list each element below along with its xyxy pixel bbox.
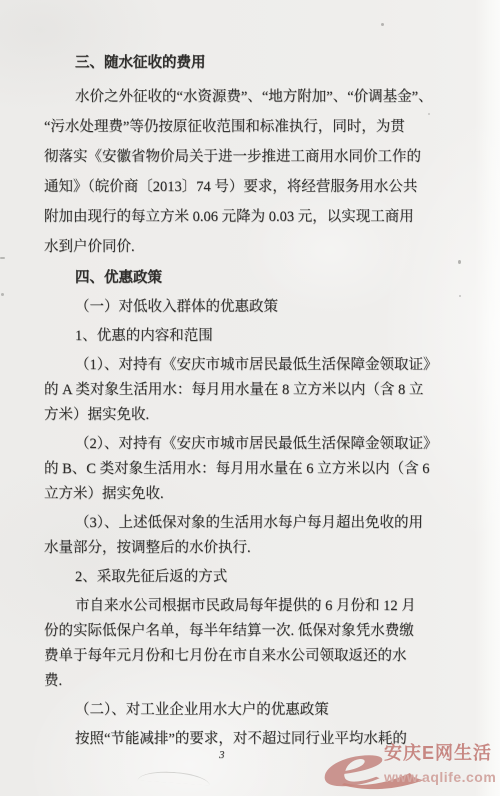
- watermark-site-url: www.aqlife.com: [383, 769, 496, 785]
- subsection-heading: 1、优惠的内容和范围: [44, 324, 456, 349]
- scanned-document-page: 三、随水征收的费用 水价之外征收的“水资源费”、“地方附加”、“价调基金”、 “…: [0, 0, 500, 796]
- doc-line: 水到户价同价.: [44, 232, 456, 262]
- document-body: 三、随水征收的费用 水价之外征收的“水资源费”、“地方附加”、“价调基金”、 “…: [44, 48, 456, 756]
- doc-line: 彻落实《安徽省物价局关于进一步推进工商用水同价工作的: [44, 142, 456, 172]
- watermark-site-name: 安庆E网生活: [384, 742, 492, 763]
- scan-speck: [1, 293, 4, 296]
- doc-line: （2）、对持有《安庆市城市居民最低生活保障金领取证》: [44, 432, 456, 457]
- section-heading: 三、随水征收的费用: [44, 55, 206, 71]
- doc-line: 通知》（皖价商〔2013〕74 号）要求，将经营服务用水公共: [44, 172, 456, 202]
- doc-line: 方米）据实免收.: [44, 403, 456, 428]
- doc-line: 附加由现行的每立方米 0.06 元降为 0.03 元，以实现工商用: [44, 202, 456, 232]
- doc-line: （3）、上述低保对象的生活用水每户每月超出免收的用: [44, 511, 456, 536]
- section-heading: 四、优惠政策: [44, 266, 456, 291]
- page-number: 3: [219, 749, 225, 761]
- doc-line: 的 B、C 类对象生活用水：每月用水量在 6 立方米以内（含 6: [44, 457, 456, 482]
- scan-scratch: [138, 770, 211, 786]
- aqlife-watermark: e 安庆E网生活 www.aqlife.com: [322, 735, 498, 793]
- doc-line: “污水处理费”等仍按原征收范围和标准执行，同时，为贯: [44, 112, 456, 142]
- scan-speck: [381, 23, 384, 26]
- scan-speck: [458, 260, 461, 264]
- doc-line: 市自来水公司根据市民政局每年提供的 6 月份和 12 月: [44, 594, 456, 619]
- doc-line: 水量部分，按调整后的水价执行.: [44, 536, 456, 561]
- doc-line: （1）、对持有《安庆市城市居民最低生活保障金领取证》: [44, 353, 456, 378]
- doc-line: 费单于每年元月份和七月份在市自来水公司领取返还的水: [44, 644, 456, 669]
- subsection-heading: （二）、对工业企业用水大户的优惠政策: [44, 698, 456, 723]
- subsection-heading: 2、采取先征后返的方式: [44, 565, 456, 590]
- doc-line: 份的实际低保户名单，每半年结算一次. 低保对象凭水费缴: [44, 619, 456, 644]
- scan-speck: [428, 113, 430, 115]
- doc-line: 立方米）据实免收.: [44, 482, 456, 507]
- doc-line: 的 A 类对象生活用水：每月用水量在 8 立方米以内（含 8 立: [44, 378, 456, 403]
- subsection-heading: （一）对低收入群体的优惠政策: [44, 295, 456, 320]
- scan-speck: [459, 295, 461, 297]
- doc-line: 水价之外征收的“水资源费”、“地方附加”、“价调基金”、: [44, 82, 456, 112]
- doc-line: 费.: [44, 669, 456, 694]
- scan-speck: [0, 257, 5, 259]
